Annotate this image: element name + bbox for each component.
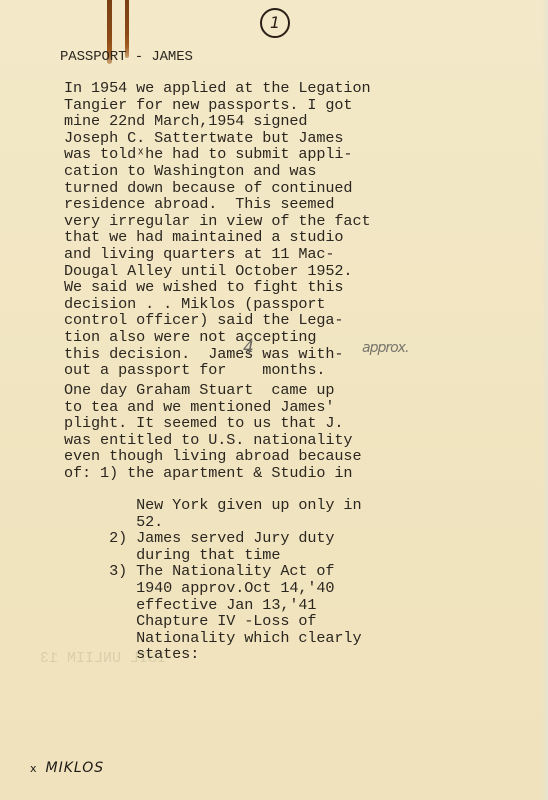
- text-line: mine 22nd March,1954 signed: [64, 113, 370, 130]
- text-line: Chapture IV -Loss of: [64, 613, 361, 630]
- document-title: PASSPORT - JAMES: [60, 49, 193, 66]
- text-line: to tea and we mentioned James': [64, 399, 361, 416]
- paragraph-graham-stuart: One day Graham Stuart came upto tea and …: [64, 382, 361, 482]
- text-line: One day Graham Stuart came up: [64, 382, 361, 399]
- handwritten-footnote: xMIKLOS: [30, 760, 104, 776]
- handwritten-number: 4: [243, 338, 254, 358]
- text-line: very irregular in view of the fact: [64, 213, 370, 230]
- text-line: Nationality which clearly: [64, 630, 361, 647]
- text-line: effective Jan 13,'41: [64, 597, 361, 614]
- text-line: Dougal Alley until October 1952.: [64, 263, 370, 280]
- text-line: residence abroad. This seemed: [64, 196, 370, 213]
- text-line: and living quarters at 11 Mac-: [64, 246, 370, 263]
- numbered-reasons-list: New York given up only in 52. 2) James s…: [64, 497, 361, 663]
- text-line: plight. It seemed to us that J.: [64, 415, 361, 432]
- text-line: 1940 approv.Oct 14,'40: [64, 580, 361, 597]
- text-line: In 1954 we applied at the Legation: [64, 80, 370, 97]
- text-line: 2) James served Jury duty: [64, 530, 361, 547]
- text-line: cation to Washington and was: [64, 163, 370, 180]
- page-edge: [542, 0, 548, 800]
- text-line: tion also were not accepting: [64, 329, 370, 346]
- text-line: out a passport for months.: [64, 362, 370, 379]
- text-line: was entitled to U.S. nationality: [64, 432, 361, 449]
- text-line: of: 1) the apartment & Studio in: [64, 465, 361, 482]
- text-line: even though living abroad because: [64, 448, 361, 465]
- text-line: was toldˣhe had to submit appli-: [64, 146, 370, 163]
- document-page: 1 ISIL UNLIIM 13 PASSPORT - JAMES In 195…: [0, 0, 548, 800]
- text-line: 52.: [64, 514, 361, 531]
- text-line: We said we wished to fight this: [64, 279, 370, 296]
- text-line: this decision. James was with-: [64, 346, 370, 363]
- footnote-text: MIKLOS: [46, 760, 105, 776]
- text-line: decision . . Miklos (passport: [64, 296, 370, 313]
- text-line: Joseph C. Sattertwate but James: [64, 130, 370, 147]
- text-line: states:: [64, 646, 361, 663]
- paragraph-legation: In 1954 we applied at the LegationTangie…: [64, 80, 370, 379]
- text-line: Tangier for new passports. I got: [64, 97, 370, 114]
- handwritten-approx-note: approx.: [362, 340, 408, 356]
- text-line: turned down because of continued: [64, 180, 370, 197]
- text-line: control officer) said the Lega-: [64, 312, 370, 329]
- text-line: New York given up only in: [64, 497, 361, 514]
- text-line: during that time: [64, 547, 361, 564]
- text-line: 3) The Nationality Act of: [64, 563, 361, 580]
- text-line: that we had maintained a studio: [64, 229, 370, 246]
- circled-page-number: 1: [260, 8, 290, 38]
- footnote-mark: x: [30, 762, 38, 775]
